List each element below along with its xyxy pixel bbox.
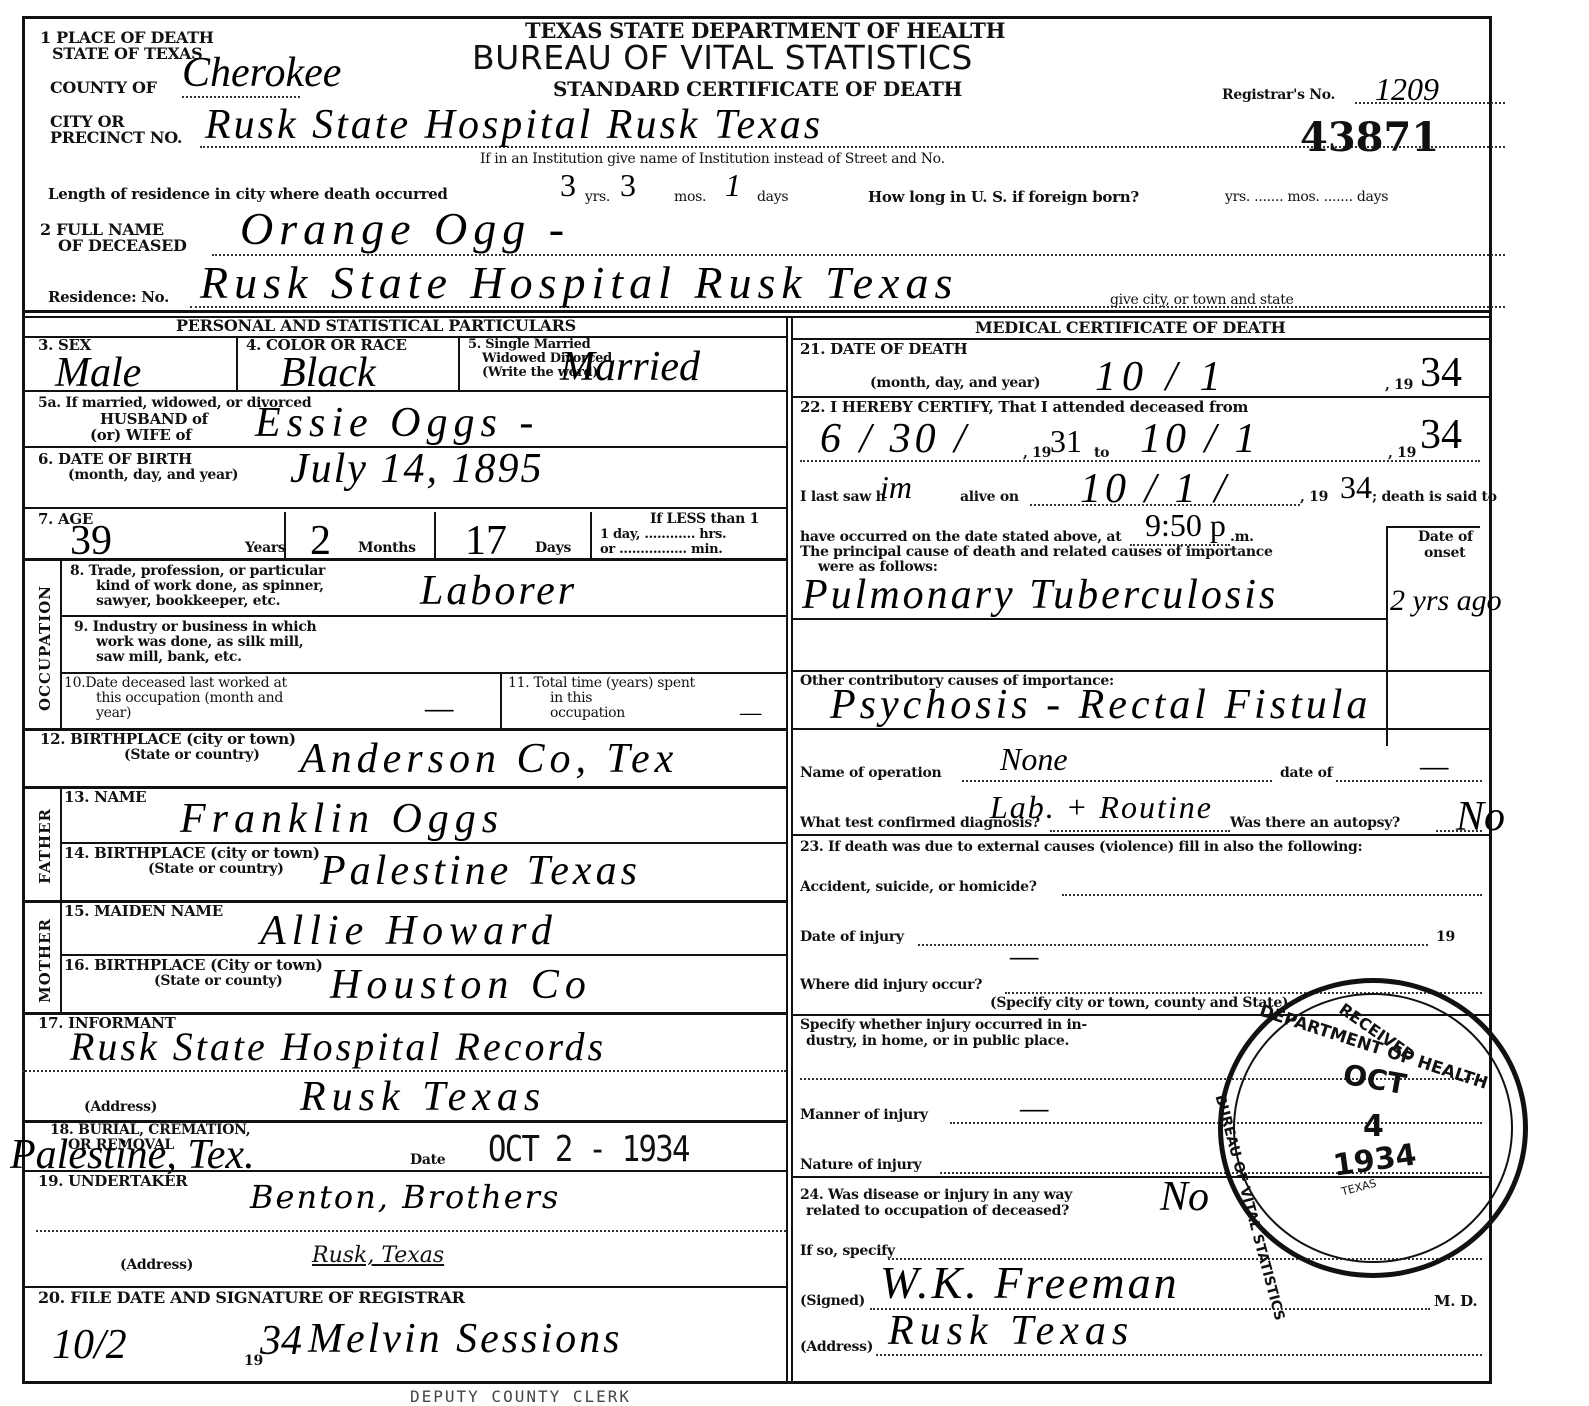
- marital-value[interactable]: Married: [560, 346, 700, 388]
- md-label: M. D.: [1434, 1294, 1477, 1309]
- injury-place-label-2: dustry, in home, or in public place.: [806, 1034, 1069, 1049]
- residence-label: Residence: No.: [48, 290, 169, 305]
- race-marital-divider: [458, 338, 460, 390]
- dod-label-2: (month, day, and year): [870, 376, 1040, 391]
- age-years-label: Years: [245, 541, 286, 556]
- other-causes-bottom: [793, 728, 1492, 730]
- time-suffix: .m.: [1230, 530, 1254, 545]
- autopsy-label: Was there an autopsy?: [1230, 816, 1400, 831]
- industry-label-1: 9. Industry or business in which: [74, 620, 316, 635]
- residence-yrs[interactable]: 3: [560, 168, 576, 202]
- medical-address-label: (Address): [800, 1340, 873, 1355]
- residence-note: give city, or town and state: [1110, 293, 1294, 308]
- medical-section-title: MEDICAL CERTIFICATE OF DEATH: [975, 320, 1285, 335]
- dob-label-1: 6. DATE OF BIRTH: [38, 452, 192, 467]
- center-divider-2: [791, 318, 793, 1384]
- death-said-label: ; death is said to: [1372, 490, 1497, 505]
- total-time-label-3: occupation: [550, 706, 625, 721]
- nature-label: Nature of injury: [800, 1158, 921, 1173]
- dod-value[interactable]: 10 / 1: [1095, 356, 1227, 398]
- dob-value[interactable]: July 14, 1895: [290, 448, 543, 490]
- last-worked-label-2: this occupation (month and: [96, 691, 283, 706]
- operation-date-dots: [1336, 780, 1482, 782]
- age-months-label: Months: [358, 541, 416, 556]
- informant-dots: [22, 1070, 786, 1072]
- last-saw-label: I last saw h: [800, 490, 886, 505]
- sex-value[interactable]: Male: [55, 352, 141, 394]
- autopsy-value[interactable]: No: [1456, 796, 1505, 838]
- last-saw-year[interactable]: 34: [1340, 470, 1372, 504]
- spouse-value[interactable]: Essie Oggs -: [255, 402, 539, 444]
- county-dots: [182, 96, 300, 98]
- dod-label-1: 21. DATE OF DEATH: [800, 342, 967, 357]
- occupation-10-11-divider: [500, 674, 502, 728]
- row-line-23: [793, 834, 1492, 836]
- section-divider-top: [22, 310, 1492, 313]
- father-name-label: 13. NAME: [64, 790, 146, 805]
- accident-dots: [1062, 894, 1482, 896]
- sex-race-divider: [236, 338, 238, 390]
- full-name-label-2: OF DECEASED: [58, 238, 187, 253]
- mother-birthplace-value[interactable]: Houston Co: [330, 964, 592, 1006]
- other-causes-value[interactable]: Psychosis - Rectal Fistula: [830, 684, 1371, 726]
- residence-length-label: Length of residence in city where death …: [48, 187, 448, 202]
- manner-value[interactable]: —: [1020, 1090, 1048, 1124]
- row-line-8: [22, 558, 786, 561]
- alive-on-label: alive on: [960, 490, 1019, 505]
- last-worked-label-1: 10.Date deceased last worked at: [64, 676, 287, 691]
- last-worked-label-3: year): [96, 706, 131, 721]
- test-dots: [1050, 830, 1230, 832]
- father-side-label: FATHER: [36, 808, 54, 884]
- external-label: 23. If death was due to external causes …: [800, 840, 1362, 855]
- registrar-stamp-text: DEPUTY COUNTY CLERK: [410, 1388, 631, 1406]
- occupation-related-label-2: related to occupation of deceased?: [806, 1204, 1069, 1219]
- registrar-label: Registrar's No.: [1222, 88, 1335, 103]
- operation-date-value[interactable]: —: [1420, 748, 1448, 782]
- age-less-label-2: 1 day, ............ hrs.: [600, 527, 726, 542]
- received-stamp: DEPARTMENT OF HEALTH RECEIVED OCT 4 1934…: [1218, 978, 1528, 1278]
- other-causes-line: [793, 670, 1492, 672]
- occupation-side-divider: [60, 558, 62, 728]
- county-label: COUNTY OF: [50, 80, 157, 95]
- manner-label: Manner of injury: [800, 1108, 928, 1123]
- race-value[interactable]: Black: [280, 352, 376, 394]
- registrar-label: 20. FILE DATE AND SIGNATURE OF REGISTRAR: [38, 1290, 465, 1305]
- undertaker-address-label: (Address): [120, 1258, 193, 1273]
- age-days-label: Days: [535, 541, 571, 556]
- onset-header-2: onset: [1424, 546, 1465, 561]
- signed-label: (Signed): [800, 1294, 865, 1309]
- row-line-9: [60, 615, 786, 617]
- last-saw-date[interactable]: 10 / 1 /: [1080, 468, 1230, 510]
- dob-label-2: (month, day, and year): [68, 468, 238, 483]
- mother-birthplace-label-1: 16. BIRTHPLACE (City or town): [64, 958, 323, 973]
- yrs-label: yrs.: [585, 190, 610, 205]
- father-name-value[interactable]: Franklin Oggs: [180, 798, 504, 840]
- city-label-1: CITY OR: [50, 114, 124, 129]
- age-months[interactable]: 2: [310, 520, 331, 562]
- mos-label: mos.: [674, 190, 706, 205]
- days-label: days: [757, 190, 788, 205]
- mother-maiden-label: 15. MAIDEN NAME: [64, 904, 223, 919]
- mother-side-label: MOTHER: [36, 918, 54, 1003]
- to-label: to: [1094, 446, 1109, 461]
- row-line-10: [60, 672, 786, 674]
- age-years[interactable]: 39: [70, 520, 112, 562]
- onset-column-divider: [1386, 526, 1388, 746]
- row-line-5a: [22, 390, 786, 392]
- undertaker-value[interactable]: Benton, Brothers: [250, 1180, 560, 1214]
- industry-label-3: saw mill, bank, etc.: [96, 650, 242, 665]
- undertaker-label: 19. UNDERTAKER: [38, 1174, 187, 1189]
- field-1-label: 1 PLACE OF DEATH: [40, 30, 214, 45]
- injury-date-label: Date of injury: [800, 930, 904, 945]
- trade-label-1: 8. Trade, profession, or particular: [70, 564, 325, 579]
- total-time-label-1: 11. Total time (years) spent: [508, 676, 695, 691]
- total-time-value[interactable]: —: [740, 696, 761, 730]
- registrar-signature[interactable]: Melvin Sessions: [308, 1318, 622, 1360]
- stamp-day: 4: [1363, 1109, 1384, 1144]
- attended-to[interactable]: 10 / 1: [1140, 418, 1260, 460]
- attended-from[interactable]: 6 / 30 /: [820, 418, 970, 460]
- residence-mos[interactable]: 3: [620, 168, 636, 202]
- registrar-file-date[interactable]: 10/2: [52, 1324, 127, 1366]
- dod-year[interactable]: 34: [1420, 352, 1462, 394]
- attended-from-year-prefix: , 19: [1023, 446, 1051, 461]
- last-saw-pronoun[interactable]: im: [880, 470, 912, 504]
- injury-place-label-1: Specify whether injury occurred in in-: [800, 1018, 1087, 1033]
- center-divider: [786, 318, 788, 1384]
- personal-section-title: PERSONAL AND STATISTICAL PARTICULARS: [176, 318, 576, 333]
- age-days[interactable]: 17: [465, 520, 507, 562]
- father-birthplace-label-2: (State or country): [148, 862, 284, 877]
- occupation-related-value[interactable]: No: [1160, 1176, 1209, 1218]
- state-label: STATE OF TEXAS: [52, 46, 202, 61]
- informant-address-label: (Address): [84, 1100, 157, 1115]
- operation-dots: [962, 780, 1272, 782]
- last-worked-value[interactable]: —: [425, 690, 453, 724]
- county-value[interactable]: Cherokee: [182, 52, 341, 94]
- operation-date-label: date of: [1280, 766, 1332, 781]
- medical-address-dots: [876, 1354, 1482, 1356]
- onset-header-1: Date of: [1418, 530, 1473, 545]
- attended-to-year[interactable]: 34: [1420, 414, 1462, 456]
- form-title: STANDARD CERTIFICATE OF DEATH: [553, 78, 962, 100]
- age-divider-3: [590, 512, 592, 558]
- birthplace-label-1: 12. BIRTHPLACE (city or town): [40, 732, 296, 747]
- total-time-label-2: in this: [550, 691, 592, 706]
- last-saw-year-prefix: , 19: [1300, 490, 1328, 505]
- full-name-dots: [212, 254, 1505, 256]
- foreign-tail: yrs. ....... mos. ....... days: [1225, 190, 1388, 205]
- mother-birthplace-label-2: (State or county): [154, 974, 282, 989]
- registrar-value[interactable]: 1209: [1375, 72, 1439, 106]
- full-name-label-1: 2 FULL NAME: [40, 222, 164, 237]
- occupation-related-label-1: 24. Was disease or injury in any way: [800, 1188, 1072, 1203]
- time-value[interactable]: 9:50 p: [1145, 508, 1226, 542]
- father-birthplace-value[interactable]: Palestine Texas: [320, 850, 641, 892]
- injury-where-label: Where did injury occur?: [800, 978, 982, 993]
- spouse-label-2: HUSBAND of: [100, 412, 208, 427]
- row-line-7: [22, 507, 786, 509]
- residence-value[interactable]: Rusk State Hospital Rusk Texas: [200, 262, 958, 304]
- burial-date-label: Date: [410, 1153, 445, 1168]
- dod-year-prefix: , 19: [1385, 378, 1413, 393]
- birthplace-label-2: (State or country): [124, 748, 260, 763]
- principal-cause[interactable]: Pulmonary Tuberculosis: [802, 574, 1278, 616]
- accident-label: Accident, suicide, or homicide?: [800, 880, 1037, 895]
- mother-maiden-value[interactable]: Allie Howard: [260, 910, 558, 952]
- undertaker-address-value[interactable]: Rusk, Texas: [312, 1244, 444, 1268]
- institution-note: If in an Institution give name of Instit…: [480, 152, 945, 167]
- age-divider-2: [434, 512, 436, 558]
- certify-label: 22. I HEREBY CERTIFY, That I attended de…: [800, 400, 1248, 415]
- onset-value[interactable]: 2 yrs ago: [1390, 584, 1502, 618]
- occupation-side-label: OCCUPATION: [36, 585, 54, 711]
- injury-where-note: (Specify city or town, county and State): [990, 996, 1288, 1011]
- residence-days[interactable]: 1: [725, 168, 741, 202]
- city-label-2: PRECINCT NO.: [50, 130, 182, 145]
- occurred-label: have occurred on the date stated above, …: [800, 530, 1121, 545]
- bureau-title: BUREAU OF VITAL STATISTICS: [472, 40, 973, 76]
- operation-value[interactable]: None: [1000, 742, 1068, 776]
- test-value[interactable]: Lab. + Routine: [990, 790, 1213, 824]
- attended-from-year[interactable]: 31: [1050, 424, 1082, 458]
- informant-address-value[interactable]: Rusk Texas: [300, 1076, 546, 1118]
- city-value[interactable]: Rusk State Hospital Rusk Texas: [205, 104, 823, 146]
- age-less-label-1: If LESS than 1: [650, 512, 759, 527]
- attended-to-year-prefix: , 19: [1388, 446, 1416, 461]
- injury-year-label: 19: [1436, 930, 1455, 945]
- medical-address-value[interactable]: Rusk Texas: [888, 1310, 1134, 1352]
- injury-date-dots: [918, 944, 1428, 946]
- industry-label-2: work was done, as silk mill,: [96, 635, 303, 650]
- age-less-label-3: or ................ min.: [600, 542, 722, 557]
- registrar-year-value[interactable]: 34: [260, 1320, 302, 1362]
- mother-side-divider: [60, 900, 62, 1012]
- signed-value[interactable]: W.K. Freeman: [880, 1262, 1180, 1304]
- father-birthplace-label-1: 14. BIRTHPLACE (city or town): [64, 846, 320, 861]
- foreign-label: How long in U. S. if foreign born?: [868, 190, 1139, 205]
- age-divider-1: [284, 512, 286, 558]
- informant-value[interactable]: Rusk State Hospital Records: [70, 1026, 606, 1068]
- burial-date-value[interactable]: OCT 2 - 1934: [488, 1132, 689, 1168]
- trade-label-2: kind of work done, as spinner,: [96, 579, 324, 594]
- birthplace-value[interactable]: Anderson Co, Tex: [300, 738, 678, 780]
- undertaker-dots: [36, 1230, 786, 1232]
- certificate-number: 43871: [1300, 118, 1439, 158]
- trade-label-3: sawyer, bookkeeper, etc.: [96, 594, 280, 609]
- cause-line: [793, 618, 1387, 620]
- cause-label-1: The principal cause of death and related…: [800, 545, 1273, 560]
- onset-top-line: [1386, 526, 1480, 528]
- trade-value[interactable]: Laborer: [420, 570, 577, 612]
- injury-date-value[interactable]: —: [1010, 938, 1038, 972]
- spouse-label-3: (or) WIFE of: [90, 428, 191, 443]
- operation-label: Name of operation: [800, 766, 941, 781]
- full-name-value[interactable]: Orange Ogg -: [240, 208, 570, 250]
